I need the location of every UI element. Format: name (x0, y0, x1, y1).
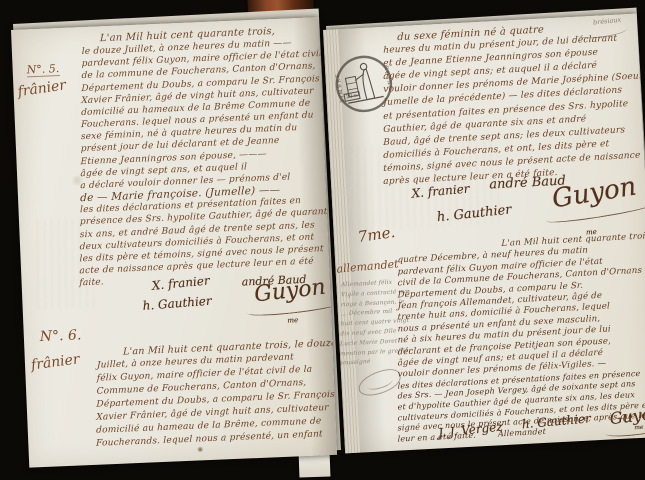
signature-guyon-paraph: me (634, 424, 644, 431)
act5-text: L'an Mil huit cent quarante trois,le dou… (79, 24, 325, 290)
act5-margin-name: frânier (17, 77, 68, 100)
act5-margin-number: N°. 5. (26, 62, 59, 77)
act7-margin-number: 7me. (357, 223, 397, 246)
act6-text: L'an Mil huit cent quarante trois, le do… (96, 337, 335, 451)
act7-marriage-mention-note: Allemandet félixVigile a contracté ma-ri… (340, 278, 405, 370)
manuscript-line: soussigné (340, 357, 404, 370)
right-page: brésiaux TIMBRE ROYAL 20 c. du sexe fémi… (323, 14, 645, 454)
act6-margin-name: frânier (30, 351, 80, 373)
signature-gauthier: h. Gauthier (142, 294, 212, 313)
act6-continuation-text: du sexe féminin né à quatreheures du mat… (383, 19, 637, 190)
greffier-paraph (355, 366, 404, 400)
ink-stain (197, 446, 204, 452)
scanned-register-spread: N°. 5. frânier L'an Mil huit cent quaran… (0, 0, 645, 480)
left-page: N°. 5. frânier L'an Mil huit cent quaran… (11, 17, 337, 468)
act7-text: L'an Mil huit cent quarante trois, lequa… (398, 231, 645, 445)
signature-guyon-paraph: me (287, 316, 298, 324)
act6-margin-number: N°. 6. (40, 327, 82, 345)
